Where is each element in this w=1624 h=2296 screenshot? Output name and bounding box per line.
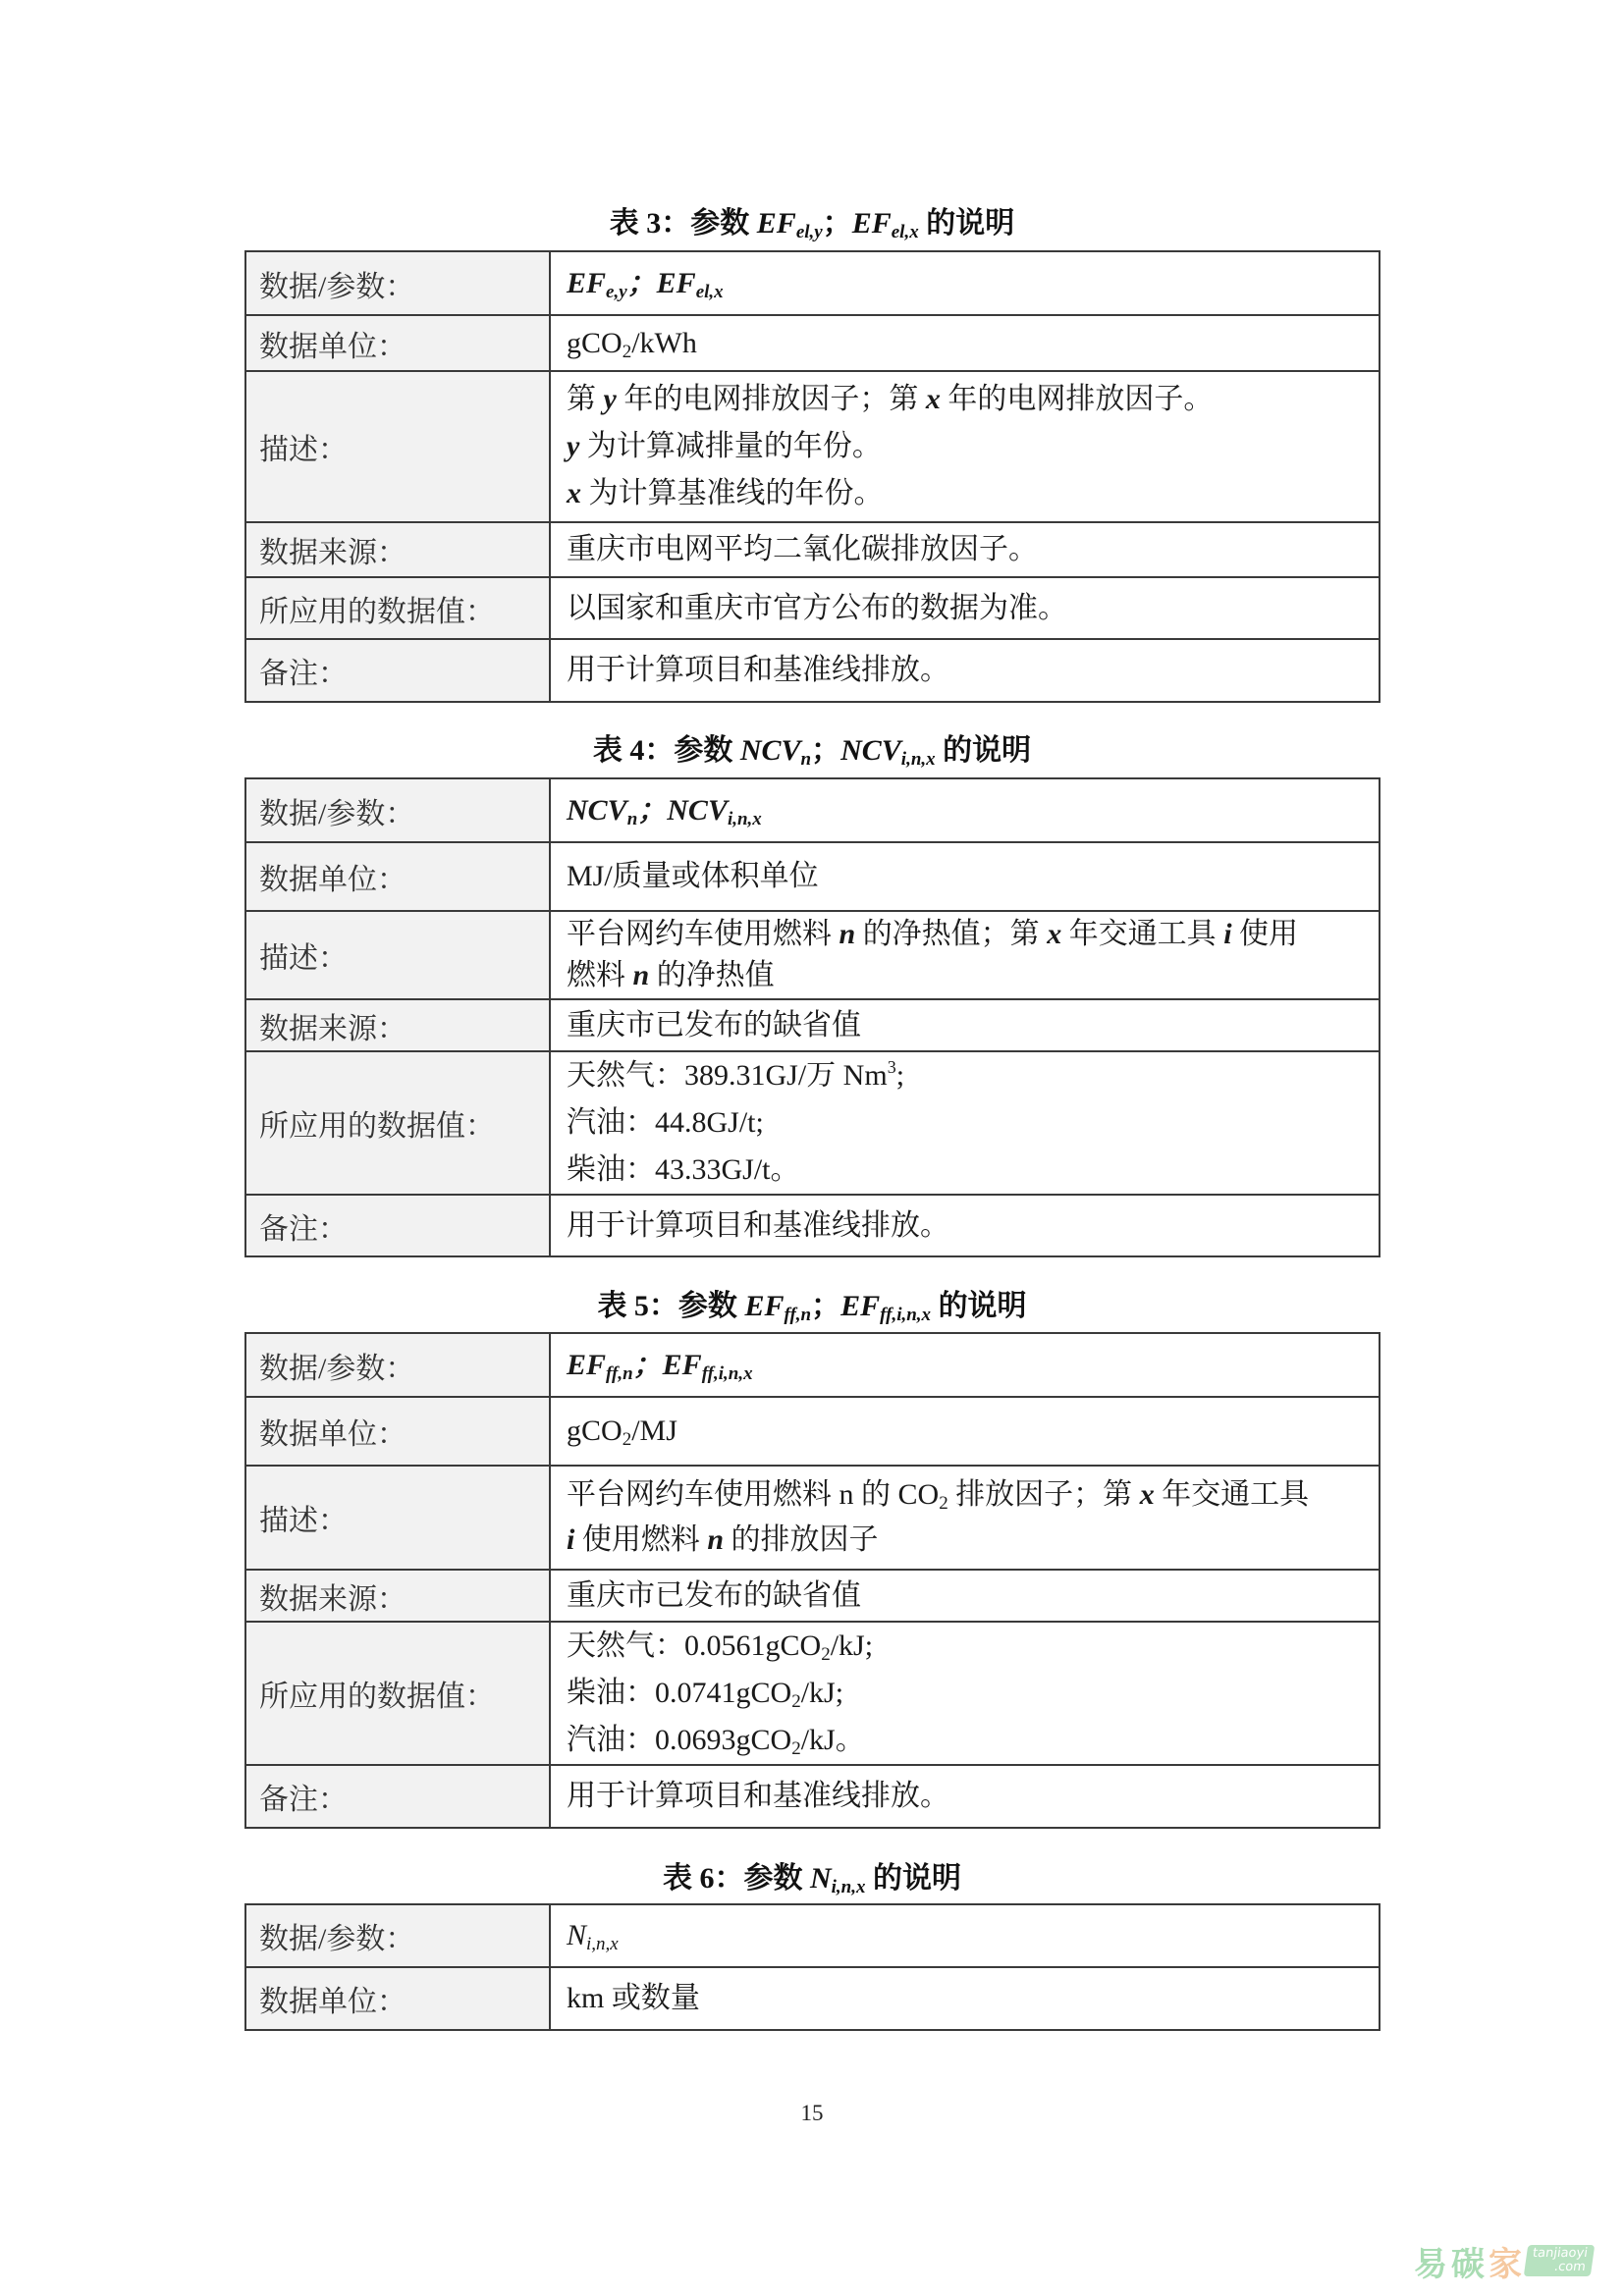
data-value-line: 汽油：44.8GJ/t; (567, 1099, 1379, 1147)
description-line: 平台网约车使用燃料 n 的净热值；第 x 年交通工具 i 使用 (567, 914, 1379, 955)
row-value: EFe,y；EFel,x (550, 251, 1380, 315)
row-value: NCVn；NCVi,n,x (550, 778, 1380, 842)
caption-symbol: EFel,y (757, 207, 823, 240)
caption-symbol: NCVn (740, 734, 811, 767)
row-label: 数据单位： (245, 1397, 550, 1466)
table-6-caption: 表 6：参数 Ni,n,x 的说明 (244, 1861, 1380, 1896)
description-line: 第 y 年的电网排放因子；第 x 年的电网排放因子。 (567, 376, 1379, 423)
row-label: 数据/参数： (245, 1904, 550, 1967)
table-row: 数据单位： MJ/质量或体积单位 (245, 842, 1380, 911)
data-value-line: 柴油：43.33GJ/t。 (567, 1147, 1379, 1194)
table-4: 数据/参数： NCVn；NCVi,n,x 数据单位： MJ/质量或体积单位 描述… (244, 777, 1380, 1257)
caption-prefix: 表 6：参数 (663, 1862, 810, 1895)
row-value: 用于计算项目和基准线排放。 (550, 1195, 1380, 1256)
table-row: 备注： 用于计算项目和基准线排放。 (245, 1195, 1380, 1256)
caption-suffix: 的说明 (866, 1862, 962, 1895)
row-value: EFff,n；EFff,i,n,x (550, 1333, 1380, 1397)
data-value-line: 天然气：389.31GJ/万 Nm3; (567, 1052, 1379, 1099)
description-line: x 为计算基准线的年份。 (567, 470, 1379, 517)
row-value: 重庆市已发布的缺省值 (550, 1570, 1380, 1622)
row-value: gCO2/MJ (550, 1397, 1380, 1466)
row-label: 备注： (245, 1195, 550, 1256)
table-row: 数据来源： 重庆市电网平均二氧化碳排放因子。 (245, 522, 1380, 577)
caption-separator: ； (811, 1290, 840, 1322)
table-row: 描述： 平台网约车使用燃料 n 的净热值；第 x 年交通工具 i 使用 燃料 n… (245, 911, 1380, 999)
row-label: 数据来源： (245, 1570, 550, 1622)
caption-suffix: 的说明 (931, 1290, 1027, 1322)
table-row: 数据来源： 重庆市已发布的缺省值 (245, 1570, 1380, 1622)
watermark-char: 易 (1414, 2237, 1447, 2285)
caption-suffix: 的说明 (936, 734, 1032, 767)
table-row: 备注： 用于计算项目和基准线排放。 (245, 639, 1380, 702)
watermark-char: 家 (1489, 2237, 1522, 2285)
row-value: 重庆市已发布的缺省值 (550, 999, 1380, 1051)
page-number: 15 (0, 2101, 1624, 2126)
table-row: 数据单位： gCO2/kWh (245, 315, 1380, 371)
row-value: 重庆市电网平均二氧化碳排放因子。 (550, 522, 1380, 577)
description-line: i 使用燃料 n 的排放因子 (567, 1518, 1379, 1563)
parameter-symbol: EFe,y；EFel,x (567, 267, 724, 299)
watermark-char: 碳 (1451, 2237, 1485, 2285)
data-value-line: 天然气：0.0561gCO2/kJ; (567, 1623, 1379, 1670)
table-6: 数据/参数： Ni,n,x 数据单位： km 或数量 (244, 1903, 1380, 2031)
row-value: 天然气：389.31GJ/万 Nm3; 汽油：44.8GJ/t; 柴油：43.3… (550, 1051, 1380, 1195)
caption-prefix: 表 3：参数 (610, 207, 757, 240)
table-row: 数据单位： gCO2/MJ (245, 1397, 1380, 1466)
table-row: 数据/参数： Ni,n,x (245, 1904, 1380, 1967)
row-value: 平台网约车使用燃料 n 的 CO2 排放因子；第 x 年交通工具 i 使用燃料 … (550, 1466, 1380, 1570)
caption-prefix: 表 4：参数 (593, 734, 740, 767)
table-row: 数据/参数： EFe,y；EFel,x (245, 251, 1380, 315)
table-3-caption: 表 3：参数 EFel,y；EFel,x 的说明 (244, 206, 1380, 241)
row-value: Ni,n,x (550, 1904, 1380, 1967)
row-label: 数据单位： (245, 315, 550, 371)
table-3: 数据/参数： EFe,y；EFel,x 数据单位： gCO2/kWh 描述： 第… (244, 250, 1380, 703)
data-value-line: 柴油：0.0741gCO2/kJ; (567, 1670, 1379, 1717)
caption-prefix: 表 5：参数 (597, 1290, 744, 1322)
table-row: 描述： 平台网约车使用燃料 n 的 CO2 排放因子；第 x 年交通工具 i 使… (245, 1466, 1380, 1570)
caption-symbol: Ni,n,x (810, 1862, 866, 1895)
caption-symbol: NCVi,n,x (840, 734, 936, 767)
caption-suffix: 的说明 (919, 207, 1015, 240)
row-value: 第 y 年的电网排放因子；第 x 年的电网排放因子。 y 为计算减排量的年份。 … (550, 371, 1380, 522)
table-row: 备注： 用于计算项目和基准线排放。 (245, 1765, 1380, 1828)
table-row: 数据/参数： NCVn；NCVi,n,x (245, 778, 1380, 842)
row-label: 描述： (245, 1466, 550, 1570)
caption-symbol: EFff,n (744, 1290, 811, 1322)
row-label: 数据来源： (245, 522, 550, 577)
caption-symbol: EFel,x (852, 207, 919, 240)
row-label: 数据来源： (245, 999, 550, 1051)
table-row: 描述： 第 y 年的电网排放因子；第 x 年的电网排放因子。 y 为计算减排量的… (245, 371, 1380, 522)
table-5-caption: 表 5：参数 EFff,n；EFff,i,n,x 的说明 (244, 1289, 1380, 1324)
row-value: 天然气：0.0561gCO2/kJ; 柴油：0.0741gCO2/kJ; 汽油：… (550, 1622, 1380, 1765)
row-value: 用于计算项目和基准线排放。 (550, 639, 1380, 702)
row-value: gCO2/kWh (550, 315, 1380, 371)
table-row: 数据来源： 重庆市已发布的缺省值 (245, 999, 1380, 1051)
row-value: MJ/质量或体积单位 (550, 842, 1380, 911)
row-label: 备注： (245, 639, 550, 702)
row-value: 用于计算项目和基准线排放。 (550, 1765, 1380, 1828)
caption-separator: ； (823, 207, 852, 240)
row-label: 数据/参数： (245, 778, 550, 842)
table-row: 所应用的数据值： 以国家和重庆市官方公布的数据为准。 (245, 577, 1380, 639)
caption-symbol: EFff,i,n,x (840, 1290, 931, 1322)
row-label: 描述： (245, 911, 550, 999)
row-value: 平台网约车使用燃料 n 的净热值；第 x 年交通工具 i 使用 燃料 n 的净热… (550, 911, 1380, 999)
row-value: 以国家和重庆市官方公布的数据为准。 (550, 577, 1380, 639)
row-label: 描述： (245, 371, 550, 522)
table-row: 所应用的数据值： 天然气：0.0561gCO2/kJ; 柴油：0.0741gCO… (245, 1622, 1380, 1765)
description-line: 燃料 n 的净热值 (567, 955, 1379, 996)
row-label: 数据/参数： (245, 1333, 550, 1397)
row-value: km 或数量 (550, 1967, 1380, 2030)
watermark-logo: 易碳家 tanjiaoyi.com (1414, 2236, 1620, 2285)
row-label: 所应用的数据值： (245, 1622, 550, 1765)
table-row: 数据单位： km 或数量 (245, 1967, 1380, 2030)
row-label: 备注： (245, 1765, 550, 1828)
caption-separator: ； (811, 734, 840, 767)
row-label: 数据/参数： (245, 251, 550, 315)
description-line: y 为计算减排量的年份。 (567, 423, 1379, 470)
table-row: 数据/参数： EFff,n；EFff,i,n,x (245, 1333, 1380, 1397)
row-label: 所应用的数据值： (245, 577, 550, 639)
row-label: 所应用的数据值： (245, 1051, 550, 1195)
parameter-symbol: Ni,n,x (567, 1919, 619, 1951)
row-label: 数据单位： (245, 842, 550, 911)
watermark-badge: tanjiaoyi.com (1524, 2245, 1595, 2276)
table-row: 所应用的数据值： 天然气：389.31GJ/万 Nm3; 汽油：44.8GJ/t… (245, 1051, 1380, 1195)
row-label: 数据单位： (245, 1967, 550, 2030)
parameter-symbol: NCVn；NCVi,n,x (567, 794, 762, 827)
data-value-line: 汽油：0.0693gCO2/kJ。 (567, 1717, 1379, 1764)
table-4-caption: 表 4：参数 NCVn；NCVi,n,x 的说明 (244, 733, 1380, 769)
description-line: 平台网约车使用燃料 n 的 CO2 排放因子；第 x 年交通工具 (567, 1472, 1379, 1518)
parameter-symbol: EFff,n；EFff,i,n,x (567, 1349, 753, 1381)
table-5: 数据/参数： EFff,n；EFff,i,n,x 数据单位： gCO2/MJ 描… (244, 1332, 1380, 1829)
